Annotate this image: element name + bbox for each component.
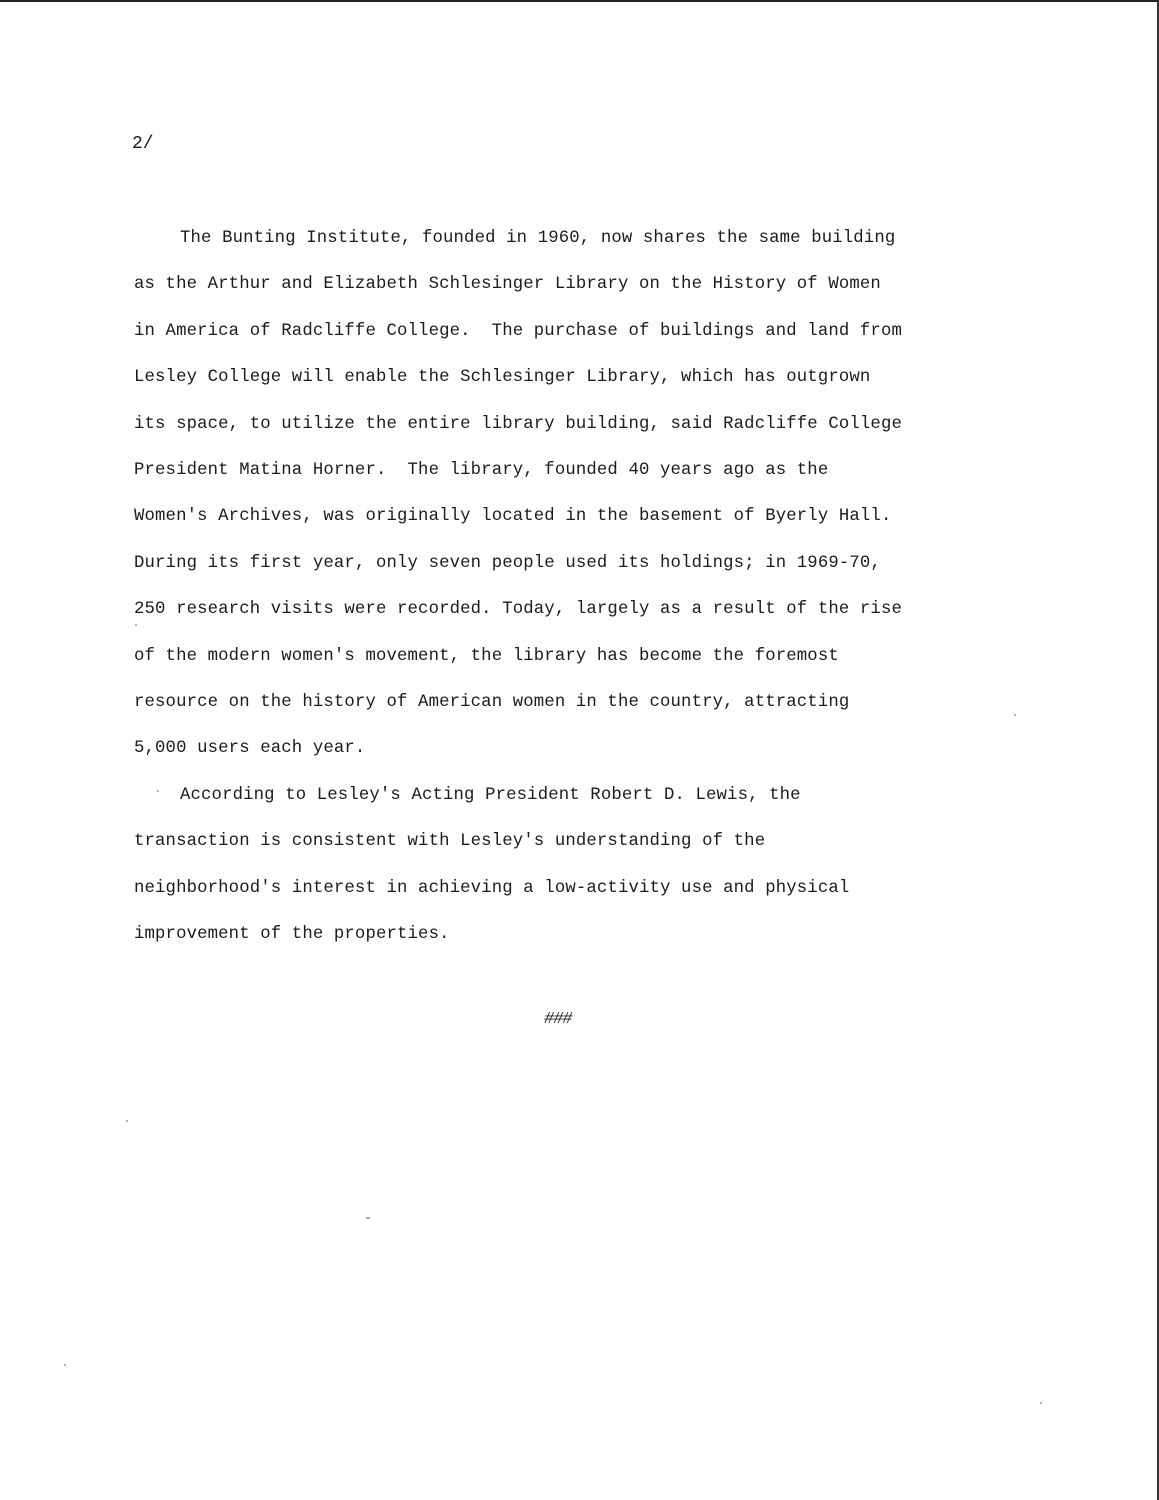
text-line: transaction is consistent with Lesley's …: [134, 819, 994, 865]
text-line: Lesley College will enable the Schlesing…: [134, 355, 994, 401]
scan-speck: [64, 1364, 66, 1366]
text-line: resource on the history of American wome…: [134, 680, 994, 726]
document-body: The Bunting Institute, founded in 1960, …: [134, 216, 994, 959]
text-line: as the Arthur and Elizabeth Schlesinger …: [134, 262, 994, 308]
text-line: improvement of the properties.: [134, 912, 994, 958]
paragraph-2: According to Lesley's Acting President R…: [134, 773, 994, 959]
scan-speck: [135, 624, 137, 626]
text-line: President Matina Horner. The library, fo…: [134, 448, 994, 494]
end-of-release-mark: ###: [544, 1010, 572, 1029]
text-line: its space, to utilize the entire library…: [134, 402, 994, 448]
text-line: 5,000 users each year.: [134, 726, 994, 772]
scan-speck: [126, 1120, 128, 1122]
page-number: 2/: [132, 134, 154, 154]
text-line: The Bunting Institute, founded in 1960, …: [134, 216, 994, 262]
text-line: Women's Archives, was originally located…: [134, 494, 994, 540]
text-line: of the modern women's movement, the libr…: [134, 634, 994, 680]
text-line: in America of Radcliffe College. The pur…: [134, 309, 994, 355]
document-page: 2/ The Bunting Institute, founded in 196…: [0, 0, 1159, 1500]
paragraph-1: The Bunting Institute, founded in 1960, …: [134, 216, 994, 773]
text-line: According to Lesley's Acting President R…: [134, 773, 994, 819]
scan-speck: [157, 790, 159, 792]
scan-speck: [1040, 1402, 1042, 1404]
text-line: neighborhood's interest in achieving a l…: [134, 866, 994, 912]
text-line: During its first year, only seven people…: [134, 541, 994, 587]
text-line: 250 research visits were recorded. Today…: [134, 587, 994, 633]
scan-speck: [366, 1217, 370, 1219]
scan-speck: [1014, 714, 1016, 716]
